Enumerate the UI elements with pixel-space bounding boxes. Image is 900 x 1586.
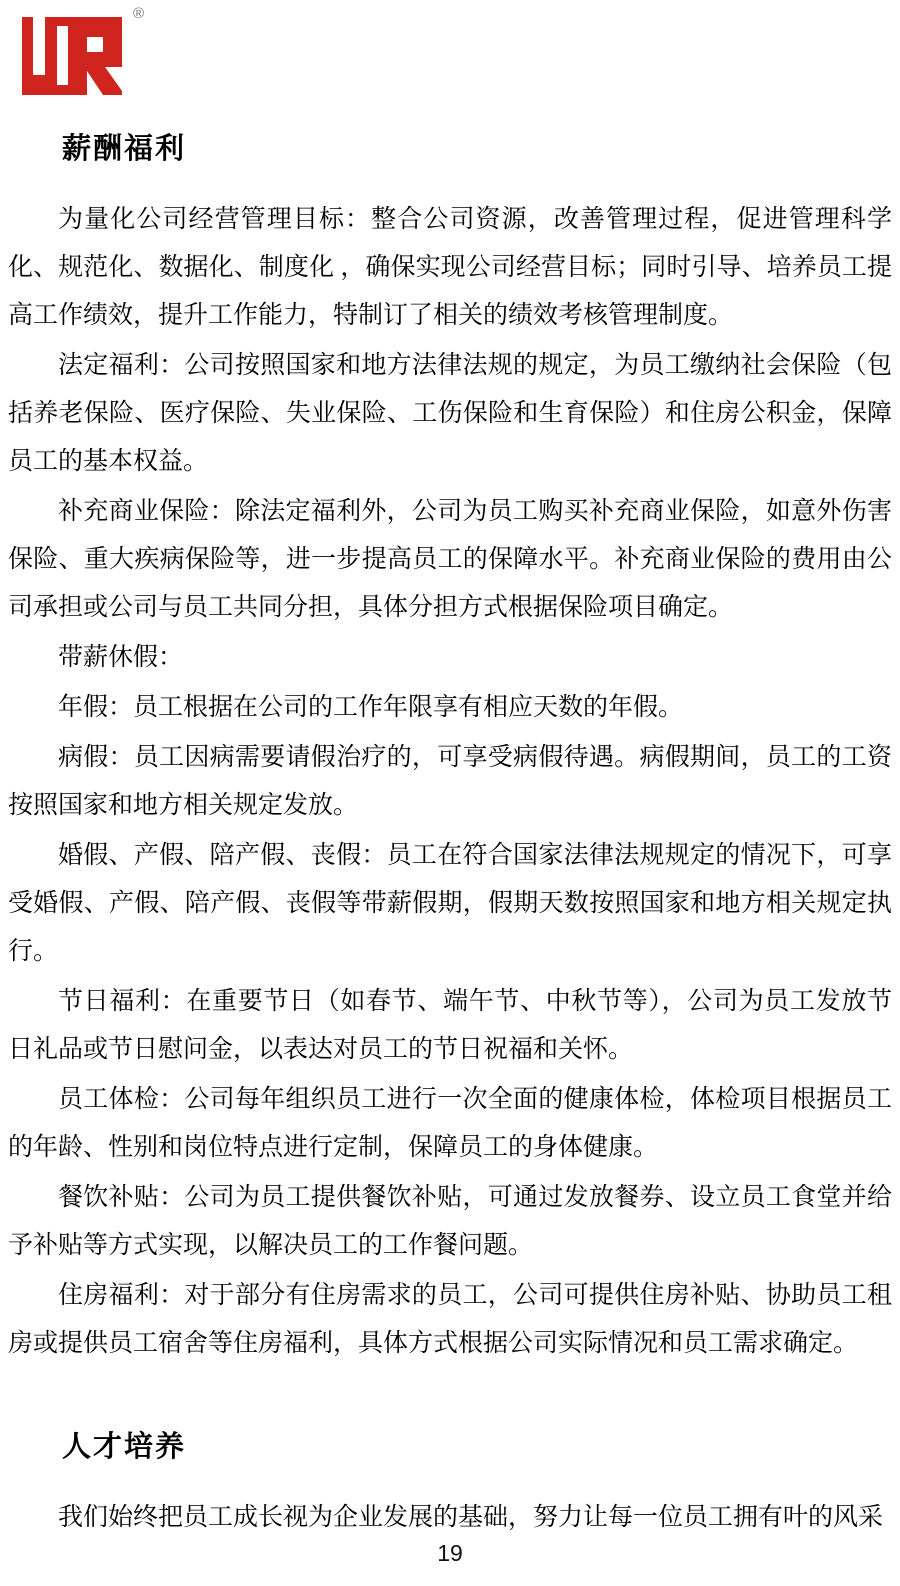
para-sick-leave: 病假：员工因病需要请假治疗的，可享受病假待遇。病假期间，员工的工资按照国家和地方… bbox=[8, 734, 892, 830]
document-page: ® 薪酬福利 为量化公司经营管理目标：整合公司资源，改善管理过程，促进管理科学化… bbox=[0, 0, 900, 1586]
para-performance-system: 为量化公司经营管理目标：整合公司资源，改善管理过程，促进管理科学化、规范化、数据… bbox=[8, 196, 892, 340]
para-employee-checkup: 员工体检：公司每年组织员工进行一次全面的健康体检，体检项目根据员工的年龄、性别和… bbox=[8, 1076, 892, 1172]
registered-trademark-icon: ® bbox=[133, 5, 144, 22]
para-annual-leave: 年假：员工根据在公司的工作年限享有相应天数的年假。 bbox=[8, 684, 892, 732]
heading-compensation-benefits: 薪酬福利 bbox=[62, 132, 892, 166]
para-paid-leave-label: 带薪休假： bbox=[8, 634, 892, 682]
para-housing-benefits: 住房福利：对于部分有住房需求的员工，公司可提供住房补贴、协助员工租房或提供员工宿… bbox=[8, 1272, 892, 1368]
page-number: 19 bbox=[0, 1540, 900, 1567]
para-holiday-benefits: 节日福利：在重要节日（如春节、端午节、中秋节等），公司为员工发放节日礼品或节日慰… bbox=[8, 978, 892, 1074]
para-meal-subsidy: 餐饮补贴：公司为员工提供餐饮补贴，可通过发放餐券、设立员工食堂并给予补贴等方式实… bbox=[8, 1174, 892, 1270]
para-statutory-benefits: 法定福利：公司按照国家和地方法律法规的规定，为员工缴纳社会保险（包括养老保险、医… bbox=[8, 342, 892, 486]
para-supplementary-insurance: 补充商业保险：除法定福利外，公司为员工购买补充商业保险，如意外伤害保险、重大疾病… bbox=[8, 488, 892, 632]
para-marriage-maternity-leave: 婚假、产假、陪产假、丧假：员工在符合国家法律法规规定的情况下，可享受婚假、产假、… bbox=[8, 832, 892, 976]
logo-shapes bbox=[22, 17, 122, 95]
company-logo: ® bbox=[15, 5, 155, 105]
heading-talent-development: 人才培养 bbox=[62, 1430, 892, 1464]
para-talent-intro: 我们始终把员工成长视为企业发展的基础，努力让每一位员工拥有叶的风采 bbox=[8, 1494, 892, 1542]
document-content: 薪酬福利 为量化公司经营管理目标：整合公司资源，改善管理过程，促进管理科学化、规… bbox=[8, 132, 892, 1544]
uk-monogram-icon bbox=[15, 5, 135, 105]
